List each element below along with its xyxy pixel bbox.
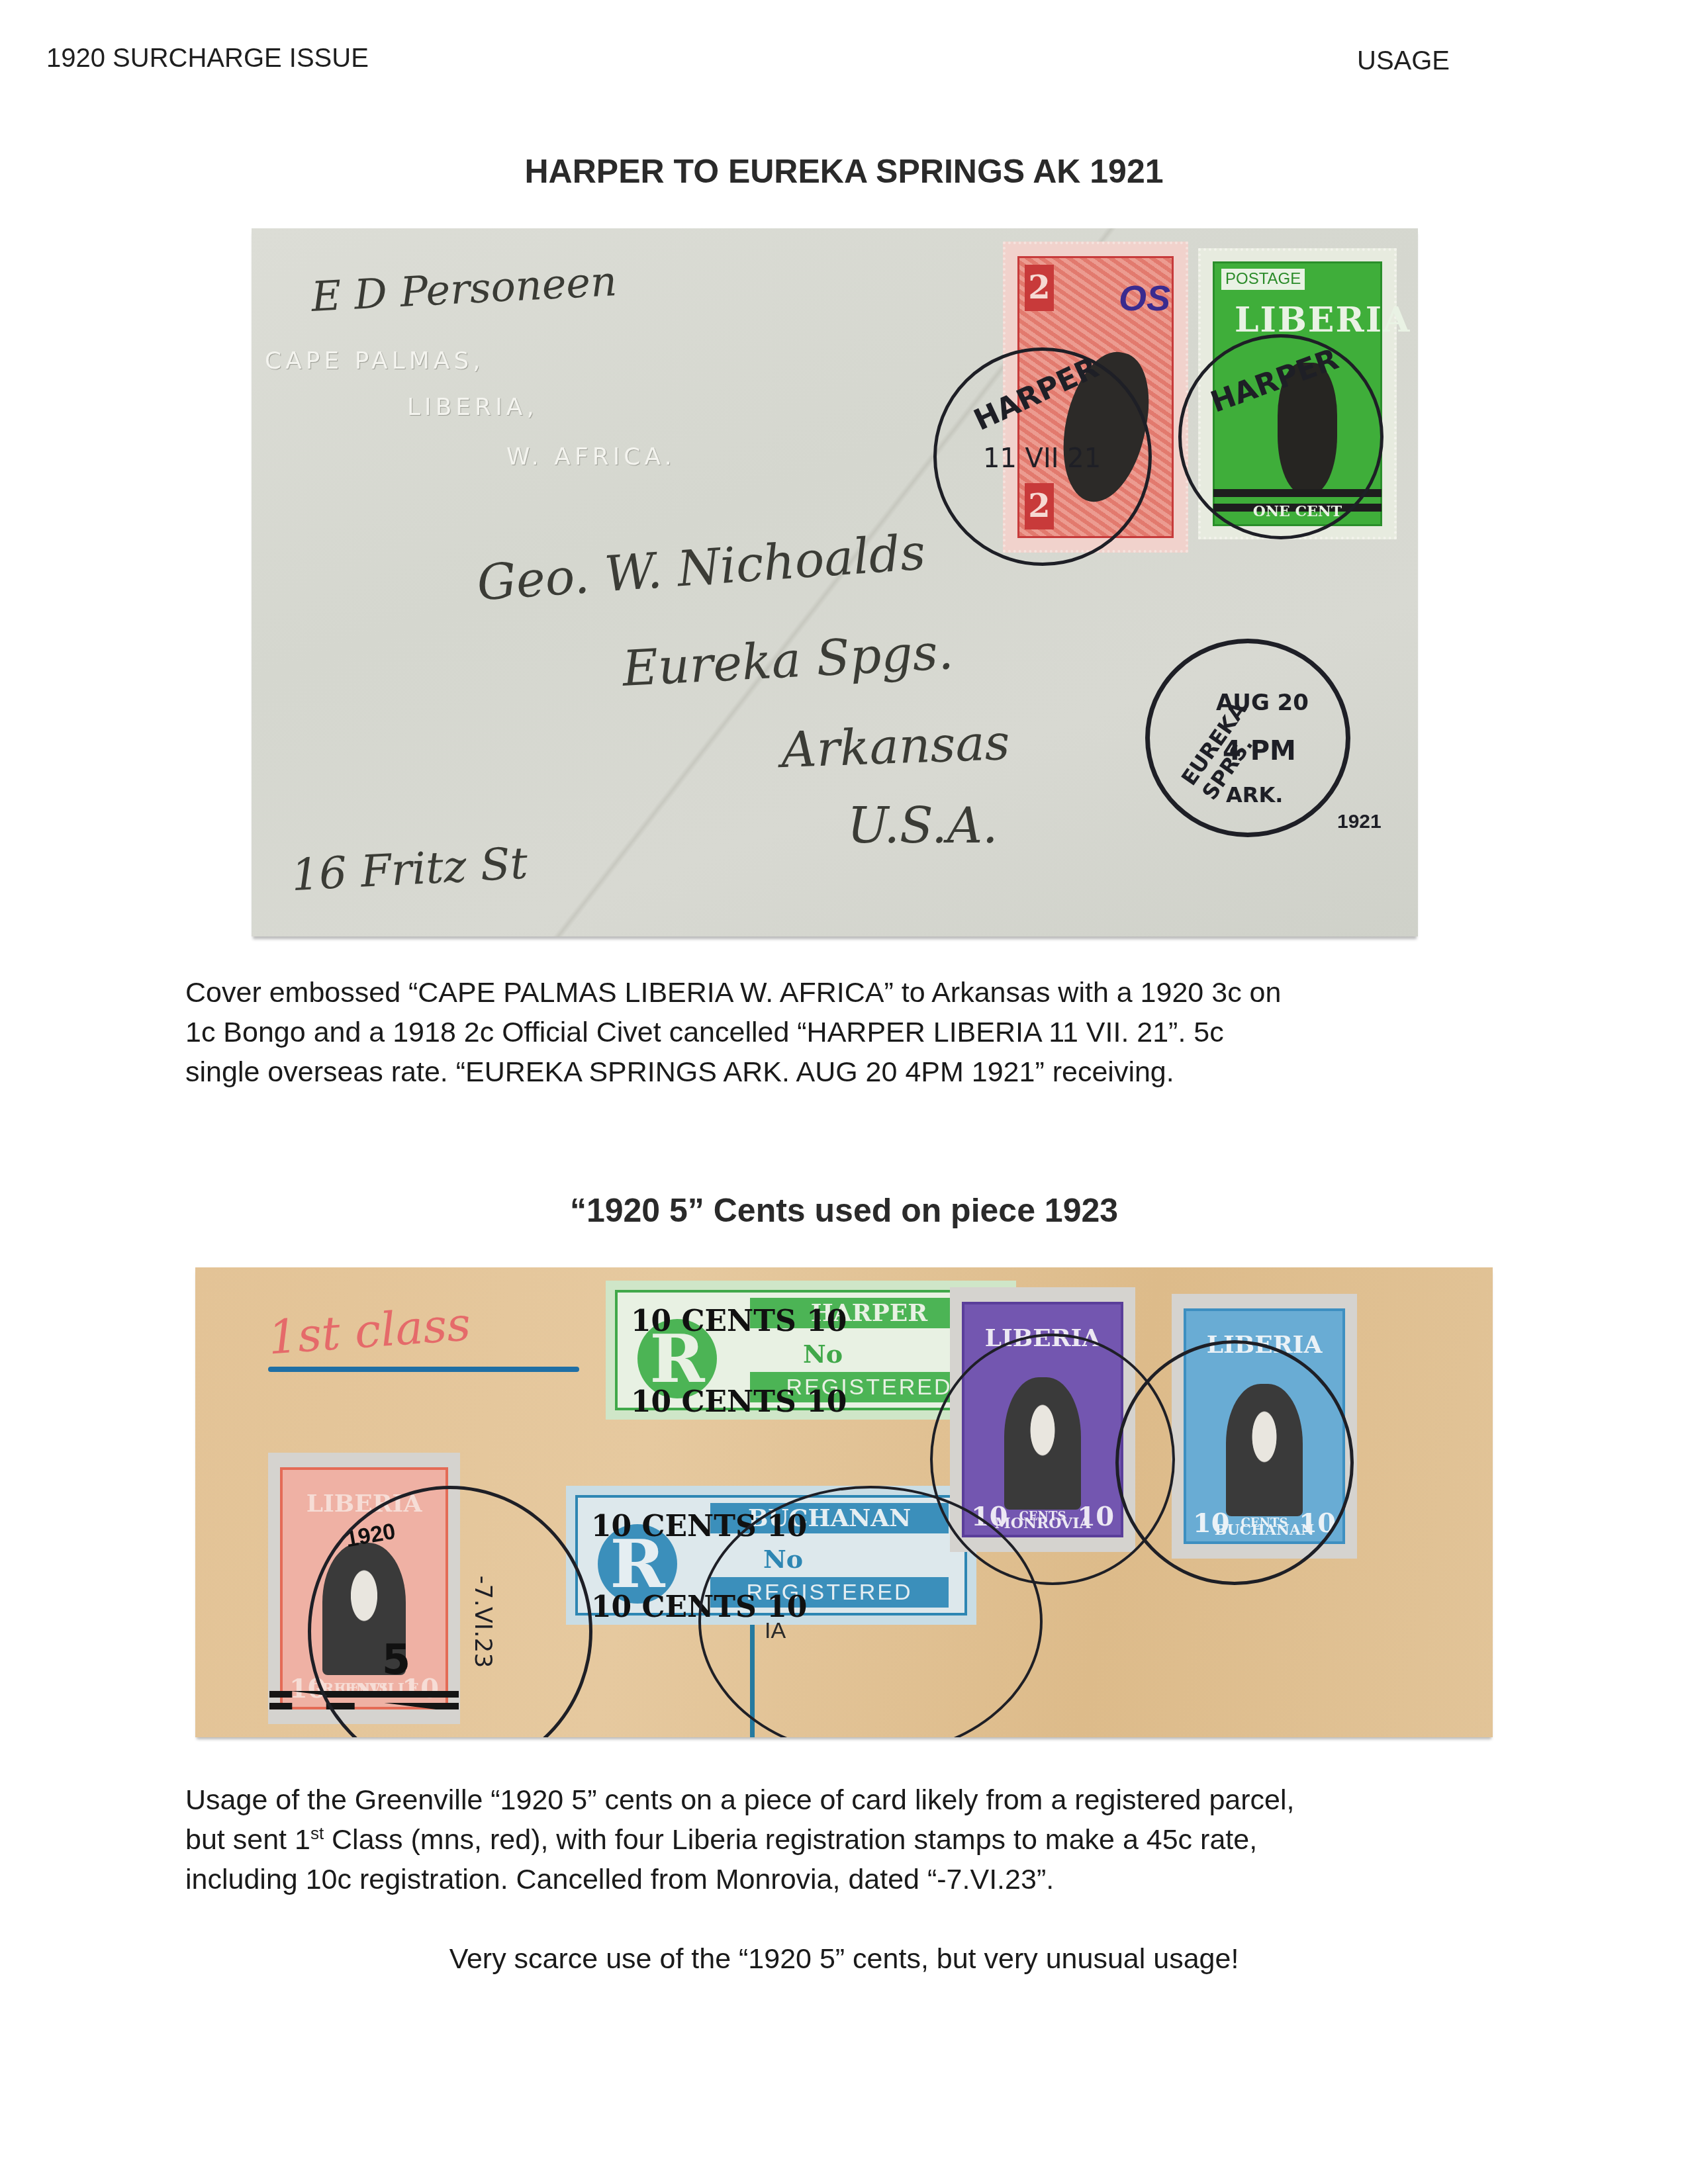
harper-postmark-1: HARPER 11 VII 21 (933, 347, 1152, 566)
caption-2-line-3: including 10c registration. Cancelled fr… (185, 1860, 1516, 1899)
reg-number-label: No (803, 1339, 843, 1369)
page-header-left: 1920 SURCHARGE ISSUE (46, 44, 369, 73)
section-1-caption: Cover embossed “CAPE PALMAS LIBERIA W. A… (185, 973, 1483, 1092)
address-line-state: Arkansas (780, 714, 1011, 779)
address-street: 16 Fritz St (290, 838, 529, 901)
reg-surcharge-top: 10 CENTS 10 (631, 1304, 847, 1338)
monrovia-postmark-4 (1115, 1340, 1354, 1585)
section-1-title: HARPER TO EUREKA SPRINGS AK 1921 (0, 152, 1688, 191)
card-piece: 1st class R HARPER No REGISTERED 10 CENT… (195, 1267, 1493, 1737)
closing-note: Very scarce use of the “1920 5” cents, b… (0, 1939, 1688, 1979)
embossed-line-1: CAPE PALMAS, (265, 347, 485, 375)
address-line-name: Geo. W. Nichoalds (475, 523, 927, 612)
first-class-manuscript: 1st class (267, 1297, 473, 1365)
section-2-caption: Usage of the Greenville “1920 5” cents o… (185, 1780, 1516, 1899)
civet-value-top: 2 (1025, 265, 1054, 311)
caption-2-line-1: Usage of the Greenville “1920 5” cents o… (185, 1780, 1516, 1820)
caption-1-line-3: single overseas rate. “EUREKA SPRINGS AR… (185, 1052, 1483, 1092)
address-line-city: Eureka Spgs. (621, 623, 955, 698)
page-header-right: USAGE (1357, 46, 1450, 76)
reg-surcharge-bottom: 10 CENTS 10 (631, 1385, 847, 1419)
cover-envelope: E D Personeen CAPE PALMAS, LIBERIA, W. A… (252, 228, 1418, 936)
section-2-title: “1920 5” Cents used on piece 1923 (0, 1191, 1688, 1230)
embossed-line-2: LIBERIA, (407, 394, 538, 421)
eureka-springs-postmark: EUREKA SPRS. AUG 20 4 PM ARK. (1145, 639, 1350, 837)
bongo-postage-label: POSTAGE (1221, 269, 1305, 290)
sender-manuscript: E D Personeen (310, 257, 618, 321)
bongo-country: LIBERIA (1235, 300, 1411, 340)
address-line-country: U.S.A. (847, 797, 998, 854)
caption-1-line-1: Cover embossed “CAPE PALMAS LIBERIA W. A… (185, 973, 1483, 1013)
harper-postmark-2: HARPER (1178, 334, 1383, 539)
official-overprint: OS (1119, 278, 1170, 319)
blue-crayon-line (268, 1367, 579, 1372)
caption-2-line-2: but sent 1st Class (mns, red), with four… (185, 1820, 1516, 1860)
embossed-line-3: W. AFRICA. (506, 443, 676, 471)
postmark-fragment: IA (765, 1618, 786, 1644)
caption-1-line-2: 1c Bongo and a 1918 2c Official Civet ca… (185, 1013, 1483, 1052)
eureka-year: 1921 (1337, 811, 1382, 833)
